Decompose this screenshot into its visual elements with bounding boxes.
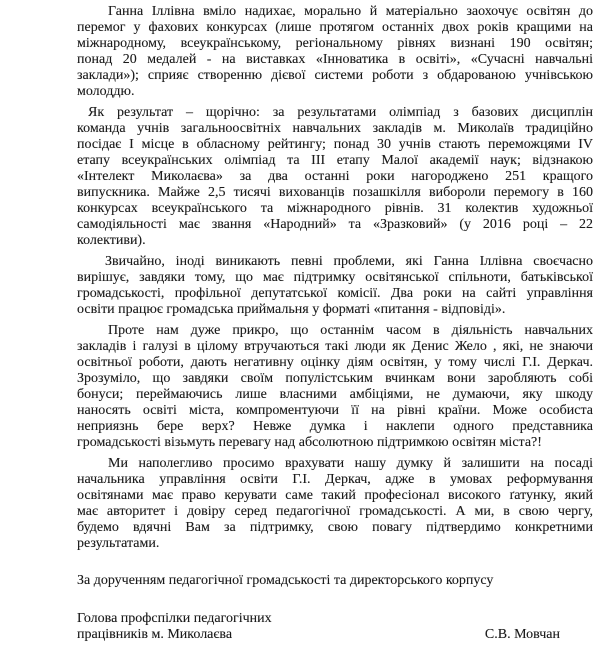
text-line: бонуси; переймаючись лише власними амбіц…	[77, 387, 593, 403]
letter-body: Ганна Іллівна вміло надихає, морально й …	[77, 4, 593, 643]
text-line: громадськості візьмуть перевагу над абсо…	[77, 435, 593, 451]
paragraph: Звичайно, іноді виникають певні проблеми…	[77, 254, 593, 318]
text-line: Проте нам дуже прикро, що останнім часом…	[77, 323, 593, 339]
text-line: громадськості, профільної депутатської к…	[77, 286, 593, 302]
text-line: самодіяльності має звання «Народний» та …	[77, 217, 593, 233]
text-line: колективи).	[77, 233, 593, 249]
closing-line: За дорученням педагогічної громадськості…	[77, 573, 593, 589]
text-line: закладів і галузі в цілому втручаються т…	[77, 339, 593, 355]
paragraph: Як результат – щорічно: за результатами …	[77, 105, 593, 249]
text-line: Ми наполегливо просимо врахувати нашу ду…	[77, 456, 593, 472]
signature-name: С.В. Мовчан	[485, 627, 560, 643]
text-line: посідає I місце в обласному рейтингу; по…	[77, 137, 593, 153]
text-line: освітньої роботи, дають негативну оцінку…	[77, 355, 593, 371]
text-line: етапу всеукраїнських олімпіад та III ета…	[77, 153, 593, 169]
text-line: Звичайно, іноді виникають певні проблеми…	[77, 254, 593, 270]
paragraph: Проте нам дуже прикро, що останнім часом…	[77, 323, 593, 451]
paragraph: Ми наполегливо просимо врахувати нашу ду…	[77, 456, 593, 552]
document-page: Ганна Іллівна вміло надихає, морально й …	[0, 0, 600, 667]
text-line: має авторитет і довіру серед педагогічно…	[77, 504, 593, 520]
text-line: Ганна Іллівна вміло надихає, морально й …	[77, 4, 593, 20]
text-line: Як результат – щорічно: за результатами …	[77, 105, 593, 121]
text-line: начальника управління освіти Г.І. Деркач…	[77, 472, 593, 488]
text-line: результатами.	[77, 536, 593, 552]
text-line: міжнародному, всеукраїнському, регіональ…	[77, 36, 593, 52]
signature-row: працівників м. Миколаєва С.В. Мовчан	[77, 627, 593, 643]
text-line: випускника. Майже 2,5 тисячі вихованців …	[77, 185, 593, 201]
text-line: молоддю.	[77, 84, 593, 100]
signature-role-line-1: Голова профспілки педагогічних	[77, 611, 593, 627]
signature-role-line-2: працівників м. Миколаєва	[77, 627, 232, 643]
text-line: будемо вдячні Вам за підтримку, свою пов…	[77, 520, 593, 536]
text-line: освіти працює громадська приймальня у фо…	[77, 302, 593, 318]
text-line: Зрозуміло, що завдяки своїм популістськи…	[77, 371, 593, 387]
text-line: неприязнь бере верх? Невже думка і накле…	[77, 419, 593, 435]
text-line: заклади»); сприяє створенню дієвої систе…	[77, 68, 593, 84]
text-line: команда учнів загальноосвітніх навчальни…	[77, 121, 593, 137]
text-line: «Інтелект Миколаєва» за два останні роки…	[77, 169, 593, 185]
text-line: освітянами має право керувати саме такий…	[77, 488, 593, 504]
text-line: понад 20 медалей - на виставках «Інноват…	[77, 52, 593, 68]
text-line: перемог у фахових конкурсах (лише протяг…	[77, 20, 593, 36]
text-line: конкурсах всеукраїнського та міжнародног…	[77, 201, 593, 217]
signature-block: Голова профспілки педагогічних працівник…	[77, 611, 593, 643]
letter-paragraphs: Ганна Іллівна вміло надихає, морально й …	[77, 4, 593, 552]
text-line: наносять освіті міста, компроментуючи її…	[77, 403, 593, 419]
paragraph: Ганна Іллівна вміло надихає, морально й …	[77, 4, 593, 100]
text-line: вирішує, завдяки тому, що має підтримку …	[77, 270, 593, 286]
